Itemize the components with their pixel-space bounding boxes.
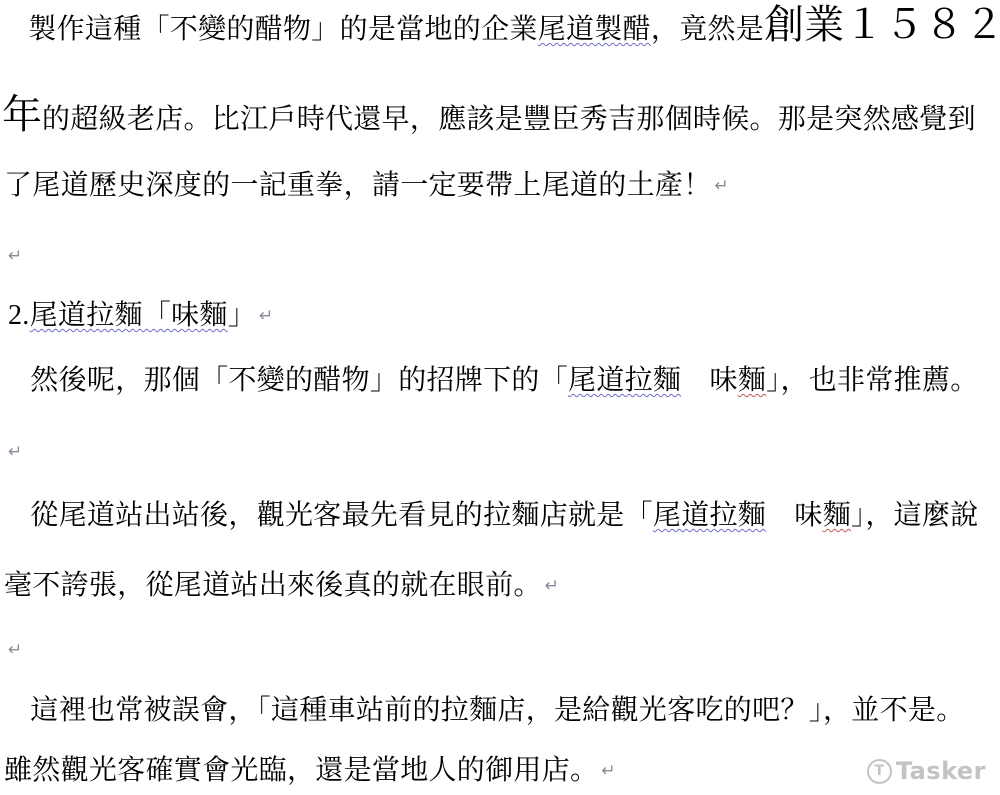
text-run: 味: [766, 500, 823, 531]
paragraph-mark-icon: ↵: [8, 640, 23, 660]
text-run: 」: [228, 300, 256, 331]
spellcheck-blue-run: 尾道拉麵「味麵: [30, 300, 228, 331]
paragraph-mark-icon: ↵: [8, 442, 23, 462]
text-line: 製作這種「不變的醋物」的是當地的企業尾道製醋，竟然是創業１５８２: [0, 5, 1000, 45]
text-run: 製作這種「不變的醋物」的是當地的企業: [0, 14, 538, 45]
text-run: 的超級老店。比江戶時代還早，應該是豐臣秀吉那個時候。那是突然感覺到: [42, 104, 976, 135]
text-run: ，竟然是: [651, 14, 764, 45]
text-run: 」，這麼說: [851, 500, 979, 531]
paragraph-mark-icon: ↵: [8, 246, 23, 266]
spellcheck-red-run: 麵: [738, 365, 766, 396]
text-run: 了尾道歷史深度的一記重拳，請一定要帶上尾道的土產！: [4, 170, 712, 201]
emphasis-large-run: 創業１５８２: [764, 2, 1000, 47]
emphasis-large-run: 年: [2, 92, 42, 137]
text-run: 毫不誇張，從尾道站出來後真的就在眼前。: [4, 570, 542, 601]
text-line: 2.尾道拉麵「味麵」↵: [8, 302, 273, 330]
tasker-watermark: T Tasker: [867, 757, 986, 785]
circled-t-icon: T: [867, 759, 892, 784]
text-run: 味: [681, 365, 738, 396]
spellcheck-red-run: 麵: [823, 500, 851, 531]
spellcheck-blue-run: 尾道製醋: [538, 14, 651, 45]
empty-paragraph-mark: ↵: [8, 444, 23, 461]
paragraph-mark-icon: ↵: [256, 306, 273, 326]
paragraph-mark-icon: ↵: [542, 576, 559, 596]
text-line: 毫不誇張，從尾道站出來後真的就在眼前。↵: [4, 572, 559, 600]
paragraph-mark-icon: ↵: [712, 176, 729, 196]
text-run: 然後呢，那個「不變的醋物」的招牌下的「: [2, 365, 568, 396]
spellcheck-blue-run: 尾道拉麵: [568, 365, 681, 396]
empty-paragraph-mark: ↵: [8, 642, 23, 659]
text-run: 2.: [8, 300, 30, 331]
text-run: 這裡也常被誤會，「這種車站前的拉麵店，是給觀光客吃的吧？」，並不是。: [2, 695, 965, 726]
spellcheck-blue-run: 尾道拉麵: [653, 500, 766, 531]
text-run: 從尾道站出站後，觀光客最先看見的拉麵店就是「: [2, 500, 653, 531]
text-line: 了尾道歷史深度的一記重拳，請一定要帶上尾道的土產！↵: [4, 172, 729, 200]
empty-paragraph-mark: ↵: [8, 248, 23, 265]
text-line: 這裡也常被誤會，「這種車站前的拉麵店，是給觀光客吃的吧？」，並不是。: [2, 697, 965, 725]
text-line: 年的超級老店。比江戶時代還早，應該是豐臣秀吉那個時候。那是突然感覺到: [2, 95, 976, 135]
text-line: 然後呢，那個「不變的醋物」的招牌下的「尾道拉麵 味麵」，也非常推薦。: [2, 367, 979, 395]
watermark-label: Tasker: [896, 757, 986, 785]
text-line: 從尾道站出站後，觀光客最先看見的拉麵店就是「尾道拉麵 味麵」，這麼說: [2, 502, 979, 530]
text-run: 雖然觀光客確實會光臨，還是當地人的御用店。: [4, 755, 598, 786]
text-run: 」，也非常推薦。: [766, 365, 978, 396]
paragraph-mark-icon: ↵: [598, 761, 615, 781]
text-line: 雖然觀光客確實會光臨，還是當地人的御用店。↵: [4, 757, 616, 785]
document-page: 雖然觀光客確實會光臨，還是當地人的御用店。↵ 這裡也常被誤會，「這種車站前的拉麵…: [0, 0, 1000, 795]
